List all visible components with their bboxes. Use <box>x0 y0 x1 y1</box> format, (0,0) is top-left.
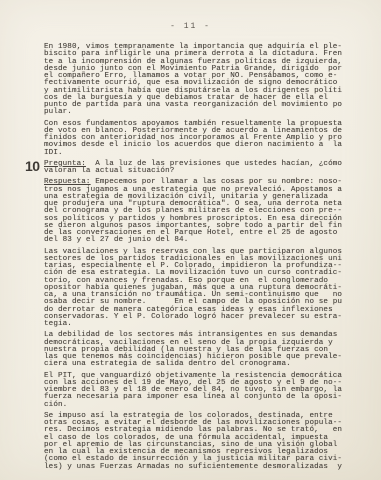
paragraph-voto-en-blanco: Con esos fundamentos apoyamos también re… <box>44 121 366 157</box>
paragraph-pit: El PIT, que vanguardizó objetivamente la… <box>44 373 366 409</box>
text-column: En 1980, vimos tempranamente la importan… <box>44 44 366 475</box>
page-number: - 11 - <box>0 22 381 31</box>
document-page: - 11 - En 1980, vimos tempranamente la i… <box>0 0 381 480</box>
question-number: 10 <box>25 158 40 174</box>
answer-paragraph: Respuesta: Empecemos por llamar a las co… <box>44 179 366 244</box>
paragraph-plebiscito-1980: En 1980, vimos tempranamente la importan… <box>44 44 366 117</box>
paragraph-vacilaciones: Las vacilaciones y las reservas con las … <box>44 249 366 329</box>
question-text: A la luz de las previsiones que ustedes … <box>44 160 342 175</box>
answer-text: Empecemos por llamar a las cosas por su … <box>44 178 342 244</box>
paragraph-debilidad: La debilidad de los sectores más intrans… <box>44 332 366 368</box>
question-block: 10 Pregunta: A la luz de las previsiones… <box>44 161 366 176</box>
question-paragraph: Pregunta: A la luz de las previsiones qu… <box>44 161 366 176</box>
paragraph-estrategia-colorados: Se impuso así la estrategia de los color… <box>44 413 366 471</box>
